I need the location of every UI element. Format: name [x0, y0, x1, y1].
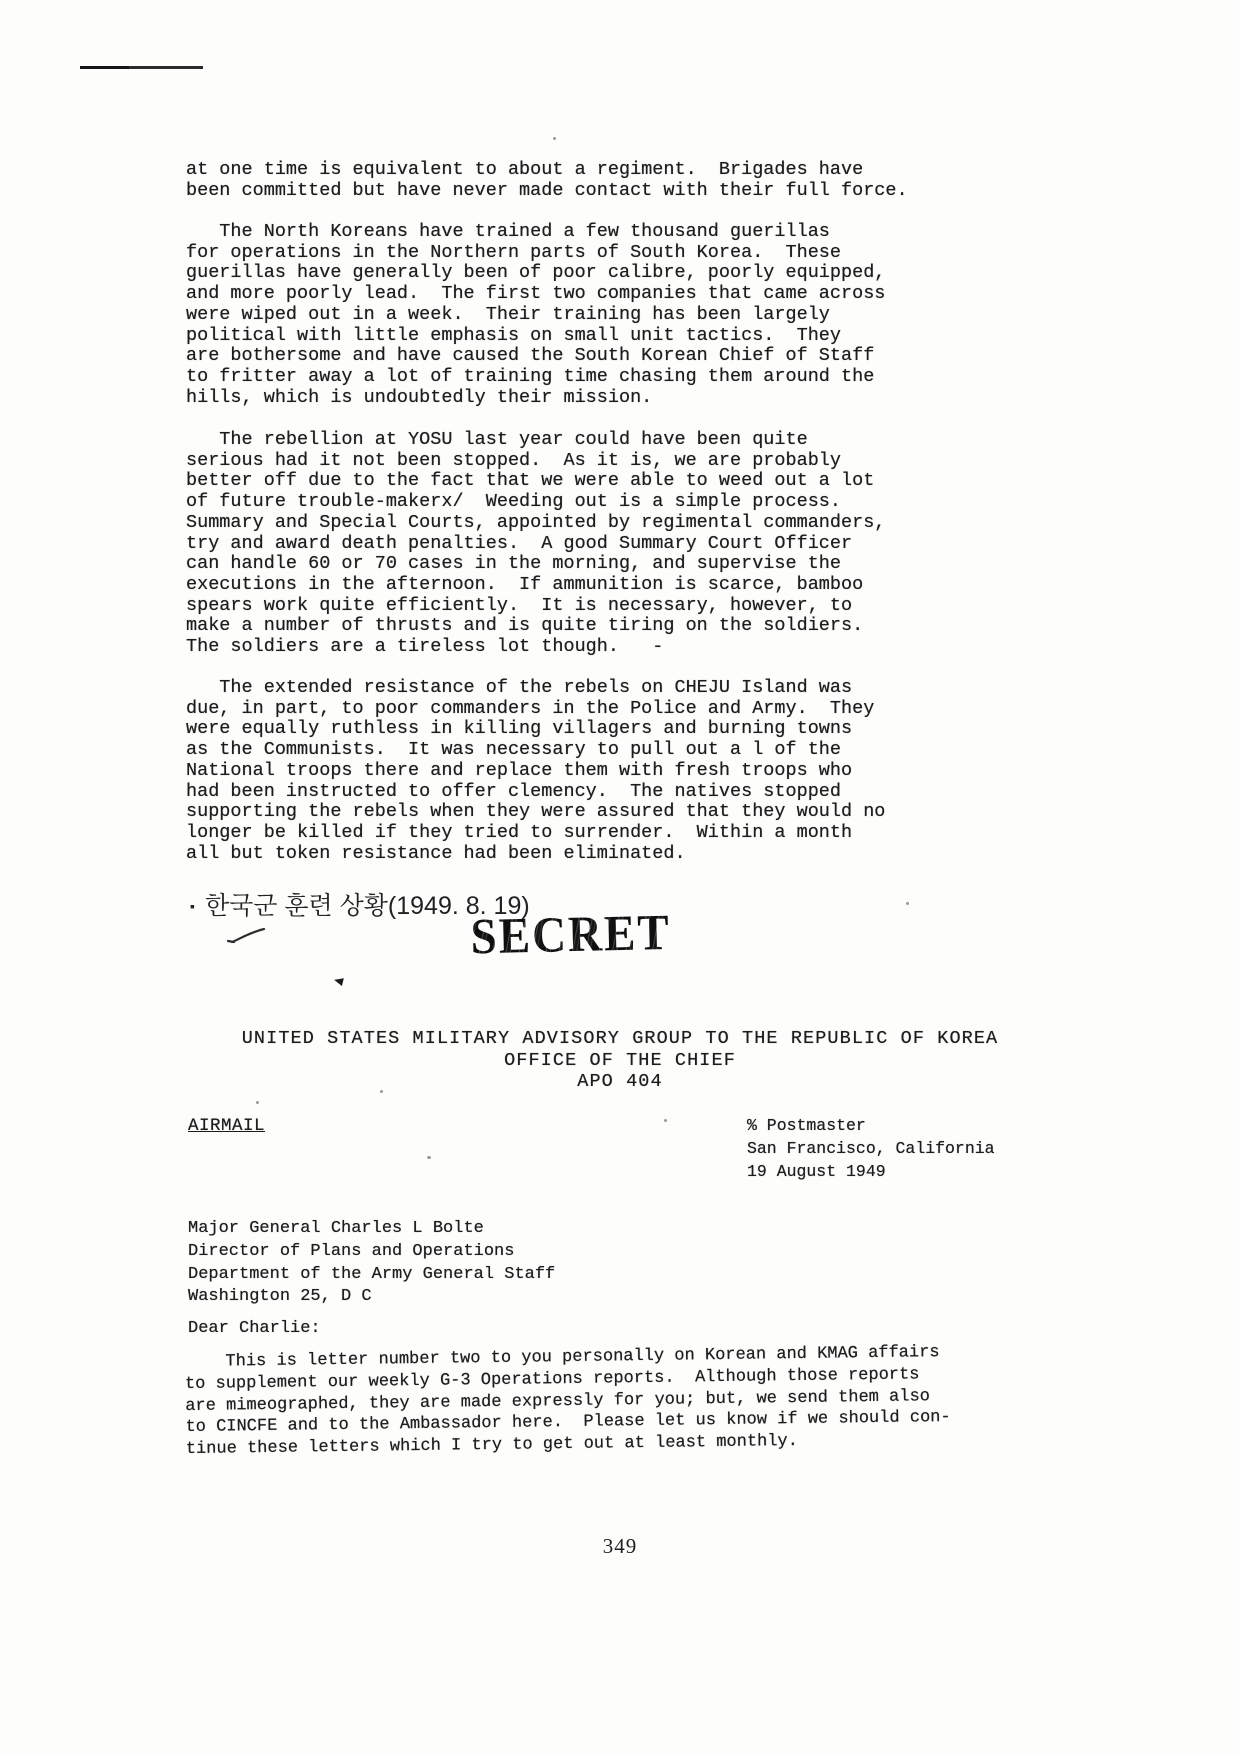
scanned-letter-page: at one time is equivalent to about a reg… [0, 0, 1240, 1754]
square-bullet-icon: ▪ [190, 899, 195, 913]
paragraph-guerillas: The North Koreans have trained a few tho… [186, 222, 885, 408]
top-rule-mark [80, 66, 203, 69]
salutation: Dear Charlie: [188, 1318, 321, 1341]
recipient-address-block: Major General Charles L Bolte Director o… [188, 1218, 555, 1309]
secret-stamp: SECRET [470, 903, 671, 966]
scan-speck [256, 1101, 259, 1104]
scan-speck [380, 1090, 383, 1093]
scan-speck [553, 137, 556, 140]
paragraph-regiment: at one time is equivalent to about a reg… [186, 160, 908, 201]
letterhead: UNITED STATES MILITARY ADVISORY GROUP TO… [0, 1028, 1240, 1093]
paragraph-cheju-island: The extended resistance of the rebels on… [186, 678, 885, 864]
paragraph-yosu-rebellion: The rebellion at YOSU last year could ha… [186, 430, 885, 658]
scan-speck [906, 902, 909, 905]
scan-speck [664, 1119, 667, 1122]
pencil-squiggle-icon [226, 926, 270, 946]
scan-speck [427, 1156, 431, 1159]
airmail-label: AIRMAIL [188, 1116, 265, 1136]
letter-body-paragraph: This is letter number two to you persona… [185, 1342, 951, 1461]
page-number: 349 [0, 1534, 1240, 1559]
arrowhead-icon [333, 976, 344, 986]
return-address-block: % Postmaster San Francisco, California 1… [747, 1114, 995, 1183]
